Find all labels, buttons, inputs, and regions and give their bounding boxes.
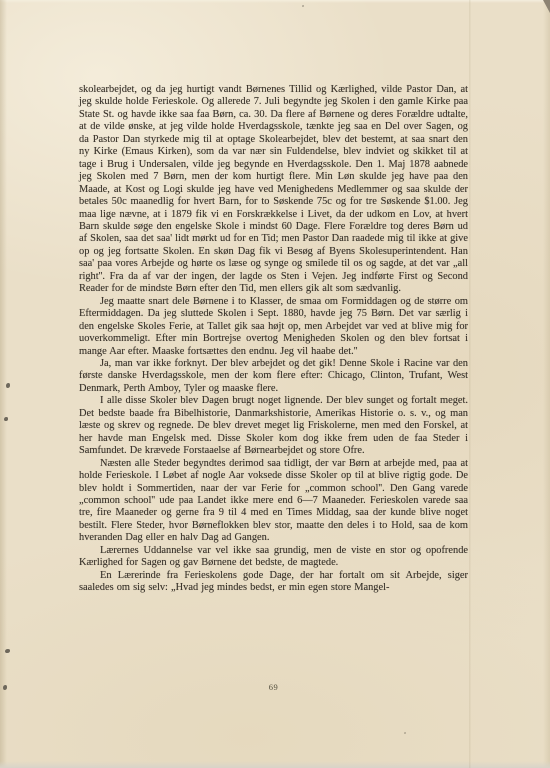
paragraph: Lærernes Uddannelse var vel ikke saa gru… bbox=[79, 545, 468, 570]
page-edge-top bbox=[0, 0, 550, 3]
page-edge-bottom bbox=[0, 761, 550, 768]
paragraph: I alle disse Skoler blev Dagen brugt nog… bbox=[79, 395, 468, 457]
binding-speck bbox=[3, 685, 7, 690]
paragraph: En Lærerinde fra Ferieskolens gode Dage,… bbox=[79, 570, 468, 595]
binding-speck bbox=[4, 417, 8, 421]
page-number: 69 bbox=[79, 682, 468, 692]
paragraph: skolearbejdet, og da jeg hurtigt vandt B… bbox=[79, 84, 468, 296]
paper-speck bbox=[302, 5, 304, 7]
paragraph: Jeg maatte snart dele Børnene i to Klass… bbox=[79, 296, 468, 358]
paragraph: Næsten alle Steder begyndtes derimod saa… bbox=[79, 458, 468, 545]
binding-speck bbox=[5, 649, 10, 653]
paper-speck bbox=[404, 732, 406, 734]
page-edge-right bbox=[543, 0, 550, 768]
scanned-book-page: skolearbejdet, og da jeg hurtigt vandt B… bbox=[0, 0, 550, 768]
paragraph: Ja, man var ikke forknyt. Der blev arbej… bbox=[79, 358, 468, 395]
binding-speck bbox=[6, 383, 10, 388]
page-fold-line bbox=[469, 0, 471, 768]
page-text-block: skolearbejdet, og da jeg hurtigt vandt B… bbox=[79, 84, 468, 595]
